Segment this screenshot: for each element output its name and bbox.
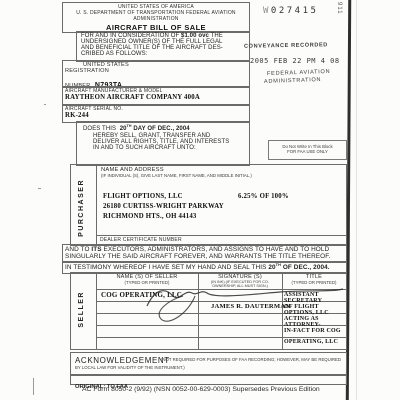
conveyance-recorded-stamp: CONVEYANCE RECORDED	[244, 42, 328, 49]
purchaser-side-label: PURCHASER	[78, 179, 85, 237]
scan-edge-line-faint	[356, 0, 357, 400]
purchaser-side-divider	[96, 165, 97, 245]
registration-box: UNITED STATES REGISTRATION NUMBER N793TA	[62, 60, 250, 88]
purchaser-name: FLIGHT OPTIONS, LLC	[103, 193, 183, 200]
testimony-line: IN TESTIMONY WHEREOF I HAVE SET MY HAND …	[65, 263, 346, 271]
acknowledgement-box: ACKNOWLEDGEMENT (NOT REQUIRED FOR PURPOS…	[70, 352, 347, 376]
grant-line-4: IN AND TO SUCH AIRCRAFT UNTO:	[93, 145, 249, 151]
purchaser-section: PURCHASER NAME AND ADDRESS (IF INDIVIDUA…	[70, 164, 347, 246]
grant-date-line: DOES THIS 20TH DAY OF DEC., 2004	[83, 124, 249, 132]
consideration-line-4: CRIBED AS FOLLOWS:	[81, 51, 249, 57]
date-time-stamp: 2005 FEB 22 PM 4 08	[250, 57, 340, 65]
document-number-stamp: W027415	[263, 6, 318, 16]
dealer-strip-line	[96, 235, 346, 236]
faa-use-only-line2: FOR FAA USE ONLY	[269, 149, 346, 154]
header-administration: ADMINISTRATION	[63, 16, 249, 22]
manufacturer-value: RAYTHEON AIRCRAFT COMPANY 400A	[65, 94, 249, 101]
serial-value: RK-244	[65, 112, 249, 119]
covenant-line-1: AND TO ITS EXECUTORS, ADMINISTRATORS, AN…	[65, 246, 346, 253]
scan-speck	[33, 378, 34, 395]
scan-speck	[38, 188, 41, 189]
acknowledgement-note-line2: BY LOCAL LAW FOR VALIDITY OF THE INSTRUM…	[75, 365, 185, 370]
covenant-line-2: SINGULARLY THE SAID AIRCRAFT FOREVER, AN…	[65, 253, 346, 260]
faa-use-only-box: Do Not Write In This Block FOR FAA USE O…	[268, 140, 347, 160]
seller-title-row-4: IN-FACT FOR COG	[284, 328, 341, 334]
purchaser-address-line1: 26180 CURTISS-WRIGHT PARKWAY	[103, 203, 224, 210]
acknowledgement-title: ACKNOWLEDGEMENT	[75, 356, 170, 365]
form-number-footer: AC Form 8050-2 (9/92) (NSN 0052-00-629-0…	[82, 386, 320, 393]
seller-side-label: SELLER	[78, 291, 85, 328]
purchaser-name-address-subheader: (IF INDIVIDUAL (S), GIVE LAST NAME, FIRS…	[101, 173, 346, 178]
seller-row-line	[96, 337, 346, 338]
acknowledgement-note-line1: (NOT REQUIRED FOR PURPOSES OF FAA RECORD…	[161, 357, 341, 362]
edge-vertical-text: 911	[336, 2, 342, 15]
federal-aviation-stamp-line1: FEDERAL AVIATION	[267, 69, 330, 77]
consideration-box: FOR AND IN CONSIDERATION OF $1.00 ovc TH…	[76, 31, 250, 62]
purchaser-share: 6.25% OF 100%	[238, 193, 289, 200]
original-to-faa-box: ORIGINAL: TO FAA	[70, 374, 347, 385]
scanned-bill-of-sale-page: 911 W027415 UNITED STATES OF AMERICA U. …	[0, 0, 400, 400]
handwritten-signature	[135, 280, 350, 328]
seller-title-row-5: OPERATING, LLC	[284, 339, 338, 345]
document-number-prefix: W	[263, 6, 271, 16]
grant-box: DOES THIS 20TH DAY OF DEC., 2004 HEREBY …	[76, 121, 250, 166]
purchaser-address-line2: RICHMOND HTS., OH 44143	[103, 213, 197, 220]
manufacturer-box: AIRCRAFT MANUFACTURER & MODEL RAYTHEON A…	[62, 86, 250, 106]
dealer-certificate-label: DEALER CERTIFICATE NUMBER	[100, 237, 182, 243]
federal-aviation-stamp-line2: ADMINISTRATION	[264, 77, 321, 85]
scan-speck	[44, 104, 46, 105]
form-header-box: UNITED STATES OF AMERICA U. S. DEPARTMEN…	[62, 2, 250, 33]
